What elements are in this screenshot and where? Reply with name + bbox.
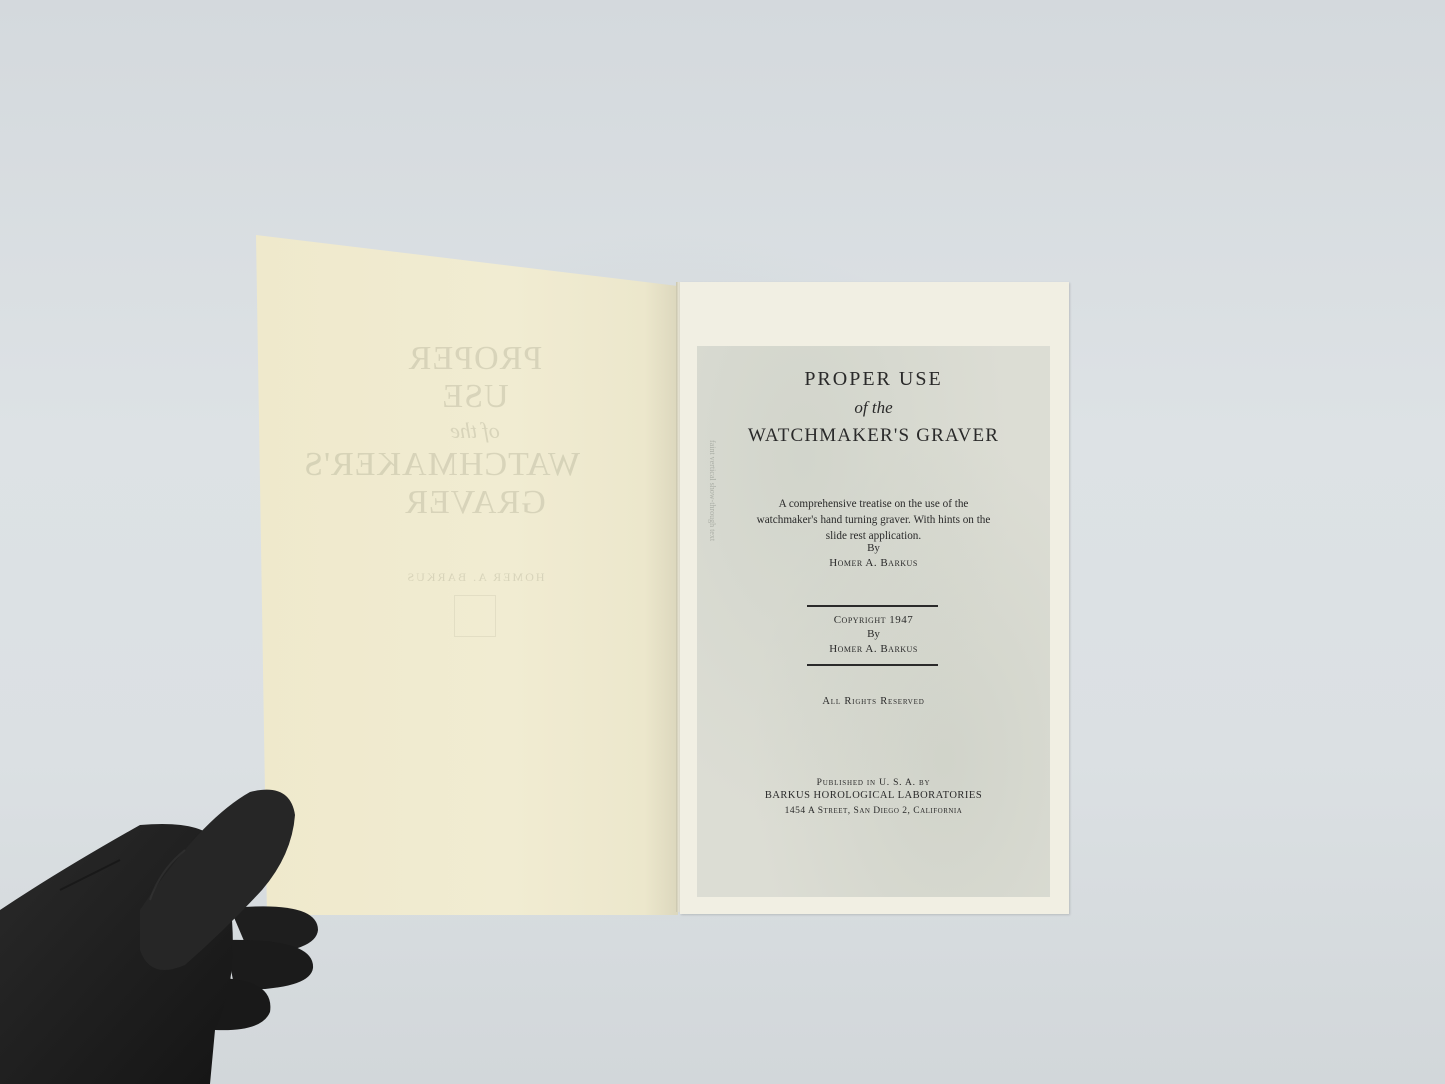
title-line-3: WATCHMAKER'S GRAVER (697, 425, 1050, 447)
bleed-line-2: of the (370, 418, 580, 444)
title-line-2: of the (697, 398, 1050, 418)
publisher-address: 1454 A Street, San Diego 2, California (697, 806, 1050, 816)
publisher-name: BARKUS HOROLOGICAL LABORATORIES (697, 790, 1050, 801)
divider-bottom (807, 664, 938, 666)
faint-vertical-text: faint vertical show-through text (705, 440, 717, 740)
bleed-line-3: WATCHMAKER'S (370, 446, 580, 484)
bleed-through-text: PROPER USE of the WATCHMAKER'S GRAVER HO… (370, 340, 580, 637)
copyright-by-label: By (697, 628, 1050, 640)
description-text: A comprehensive treatise on the use of t… (697, 496, 1050, 544)
bleed-line-1: PROPER USE (370, 340, 580, 416)
copyright-text: Copyright 1947 (697, 614, 1050, 626)
divider-top (807, 605, 938, 607)
copyright-author: Homer A. Barkus (697, 643, 1050, 655)
bleed-line-5: HOMER A. BARKUS (370, 570, 580, 585)
author-name: Homer A. Barkus (697, 557, 1050, 569)
published-line: Published in U. S. A. by (697, 778, 1050, 788)
bleed-line-4: GRAVER (370, 484, 580, 522)
rights-reserved: All Rights Reserved (697, 696, 1050, 707)
by-label: By (697, 542, 1050, 554)
title-line-1: PROPER USE (697, 368, 1050, 391)
bleed-emblem (454, 595, 496, 637)
gloved-hand-icon (0, 780, 330, 1084)
